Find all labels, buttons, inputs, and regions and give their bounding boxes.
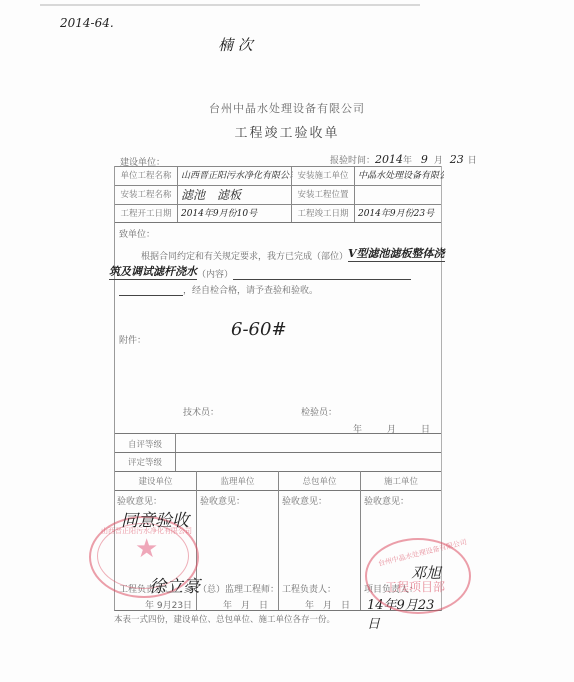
stamp-star-icon: ★ <box>135 534 158 564</box>
info-row: 单位工程名称 山西晋正阳污水净化有限公司 安装施工单位 中晶水处理设备有限公司 <box>115 166 441 185</box>
addressee-label: 致单位： <box>119 227 155 240</box>
info-value: 滤池 滤板 <box>178 186 293 204</box>
unit-header-installer: 施工单位 <box>361 475 441 487</box>
report-date-day: 23 <box>450 153 464 166</box>
installer-signature: 邓旭 <box>411 562 441 583</box>
statement-section: 致单位： 根据合同约定和有关规定要求，我方已完成（部位）V型滤池滤板整体浇 筑及… <box>115 222 441 223</box>
builder-signature: 徐立豪 <box>149 572 200 597</box>
statement-line-3: ，经自检合格，请予查验和验收。 <box>119 283 318 296</box>
top-handwritten-note: 楠 次 <box>218 34 253 55</box>
statement-line-2: 筑及调试滤杆浇水（内容） <box>109 263 411 280</box>
info-label: 安装工程名称 <box>115 186 177 204</box>
info-label: 安装施工单位 <box>292 167 354 185</box>
doc-number: 2014-64. <box>60 16 114 30</box>
statement-suffix: ，经自检合格，请予查验和验收。 <box>183 286 318 296</box>
statement-prefix: 根据合同约定和有关规定要求，我方已完成（部位） <box>141 252 348 262</box>
report-date-year: 2014 <box>375 153 403 166</box>
builder-opinion-handwritten: 同意验收 <box>121 506 189 531</box>
unit-header-general-contractor: 总包单位 <box>279 475 360 487</box>
report-date-label: 报验时间： <box>330 156 375 166</box>
unit-date: 年 9月23日 <box>145 598 192 611</box>
month-suffix: 月 <box>434 156 443 166</box>
unit-header-builder: 建设单位 <box>115 475 196 487</box>
opinion-label: 验收意见： <box>364 494 409 507</box>
approved-grade-label: 评定等级 <box>115 456 175 468</box>
inspector-label: 检验员： <box>301 405 337 418</box>
completed-part: V型滤池滤板整体浇 <box>348 245 445 262</box>
opinion-label: 验收意见： <box>200 494 245 507</box>
info-label: 安装工程位置 <box>292 186 354 204</box>
info-label: 工程开工日期 <box>115 205 177 223</box>
completed-part-cont: 筑及调试滤杆浇水 <box>109 263 197 280</box>
signer-label: 工程负责人： <box>282 582 336 595</box>
self-eval-label: 自评等级 <box>115 438 175 450</box>
statement-line-1: 根据合同约定和有关规定要求，我方已完成（部位）V型滤池滤板整体浇 <box>141 245 445 262</box>
info-value: 2014年9月份10号 <box>178 205 293 223</box>
content-label: （内容） <box>197 270 233 280</box>
unit-date: 年 月 日 <box>305 598 350 611</box>
company-name: 台州中晶水处理设备有限公司 <box>0 100 574 116</box>
unit-header-supervisor: 监理单位 <box>197 475 278 487</box>
technician-label: 技术员： <box>183 405 219 418</box>
attachment-label: 附件： <box>119 333 146 346</box>
opinion-label: 验收意见： <box>282 494 327 507</box>
handwritten-note: 6-60# <box>231 319 287 340</box>
scan-edge-line <box>40 4 420 6</box>
footer-note: 本表一式四份，建设单位、总包单位、施工单位各存一份。 <box>114 613 335 625</box>
info-value: 中晶水处理设备有限公司 <box>355 167 444 185</box>
year-suffix: 年 <box>403 156 412 166</box>
info-row: 安装工程名称 滤池 滤板 安装工程位置 <box>115 185 441 204</box>
report-date: 报验时间：2014年 9月 23日 <box>330 153 477 166</box>
report-date-month: 9 <box>421 153 428 166</box>
form-title: 工程竣工验收单 <box>0 122 574 141</box>
acceptance-form: 单位工程名称 山西晋正阳污水净化有限公司 安装施工单位 中晶水处理设备有限公司 … <box>114 166 442 611</box>
info-value: 2014年9月份23号 <box>355 205 444 223</box>
info-label: 单位工程名称 <box>115 167 177 185</box>
day-suffix: 日 <box>468 156 477 166</box>
info-value <box>355 186 444 204</box>
signer-label: （总）监理工程师： <box>198 582 279 595</box>
info-value: 山西晋正阳污水净化有限公司 <box>178 167 293 185</box>
info-label: 工程竣工日期 <box>292 205 354 223</box>
content-blank <box>233 269 411 280</box>
content-blank-2 <box>119 285 183 296</box>
unit-date: 年 月 日 <box>223 598 268 611</box>
info-row: 工程开工日期 2014年9月份10号 工程竣工日期 2014年9月份23号 <box>115 204 441 223</box>
